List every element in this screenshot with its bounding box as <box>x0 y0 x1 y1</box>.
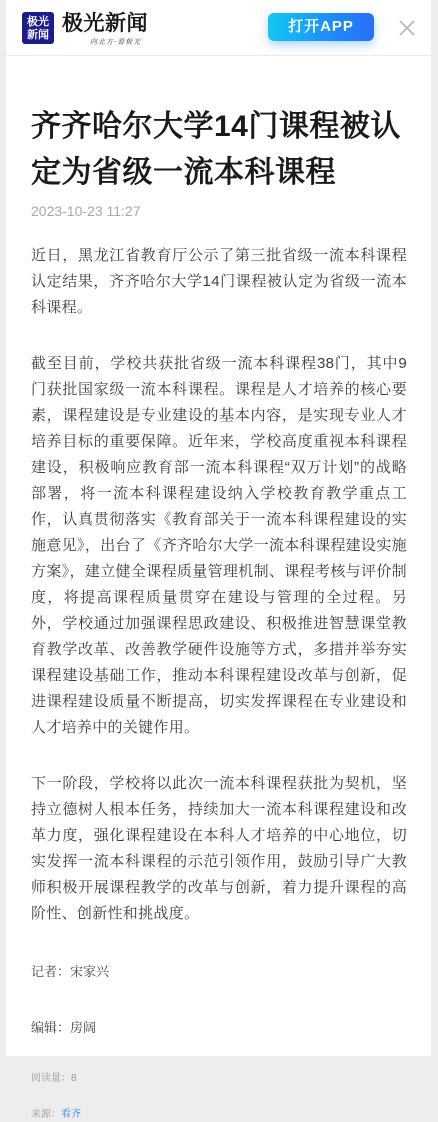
open-app-button[interactable]: 打开APP <box>268 13 374 41</box>
article-paragraph: 下一阶段，学校将以此次一流本科课程获批为契机，坚持立德树人根本任务，持续加大一流… <box>31 771 407 927</box>
brand-name: 极光新闻 <box>62 11 148 35</box>
editor-credit: 编辑：房阔 <box>31 1019 407 1037</box>
brand-slogan: 向北方·看极光 <box>90 37 141 47</box>
reporter-credit: 记者：宋家兴 <box>31 963 407 981</box>
app-logo-icon[interactable]: 极光 新闻 <box>22 12 54 44</box>
article-body: 齐齐哈尔大学14门课程被认定为省级一流本科课程 2023-10-23 11:27… <box>6 104 431 1056</box>
article-paragraph: 截至目前，学校共获批省级一流本科课程38门，其中9门获批国家级一流本科课程。课程… <box>31 351 407 741</box>
top-header: 极光 新闻 极光新闻 向北方·看极光 打开APP <box>6 0 431 56</box>
logo-text-line2: 新闻 <box>22 28 54 41</box>
close-icon[interactable] <box>397 18 417 38</box>
article-paragraph: 近日，黑龙江省教育厅公示了第三批省级一流本科课程认定结果，齐齐哈尔大学14门课程… <box>31 243 407 321</box>
article-page: 极光 新闻 极光新闻 向北方·看极光 打开APP 齐齐哈尔大学14门课程被认定为… <box>6 0 431 1056</box>
article-title: 齐齐哈尔大学14门课程被认定为省级一流本科课程 <box>31 104 407 196</box>
publish-date: 2023-10-23 11:27 <box>31 202 407 220</box>
logo-text-line1: 极光 <box>22 15 54 28</box>
